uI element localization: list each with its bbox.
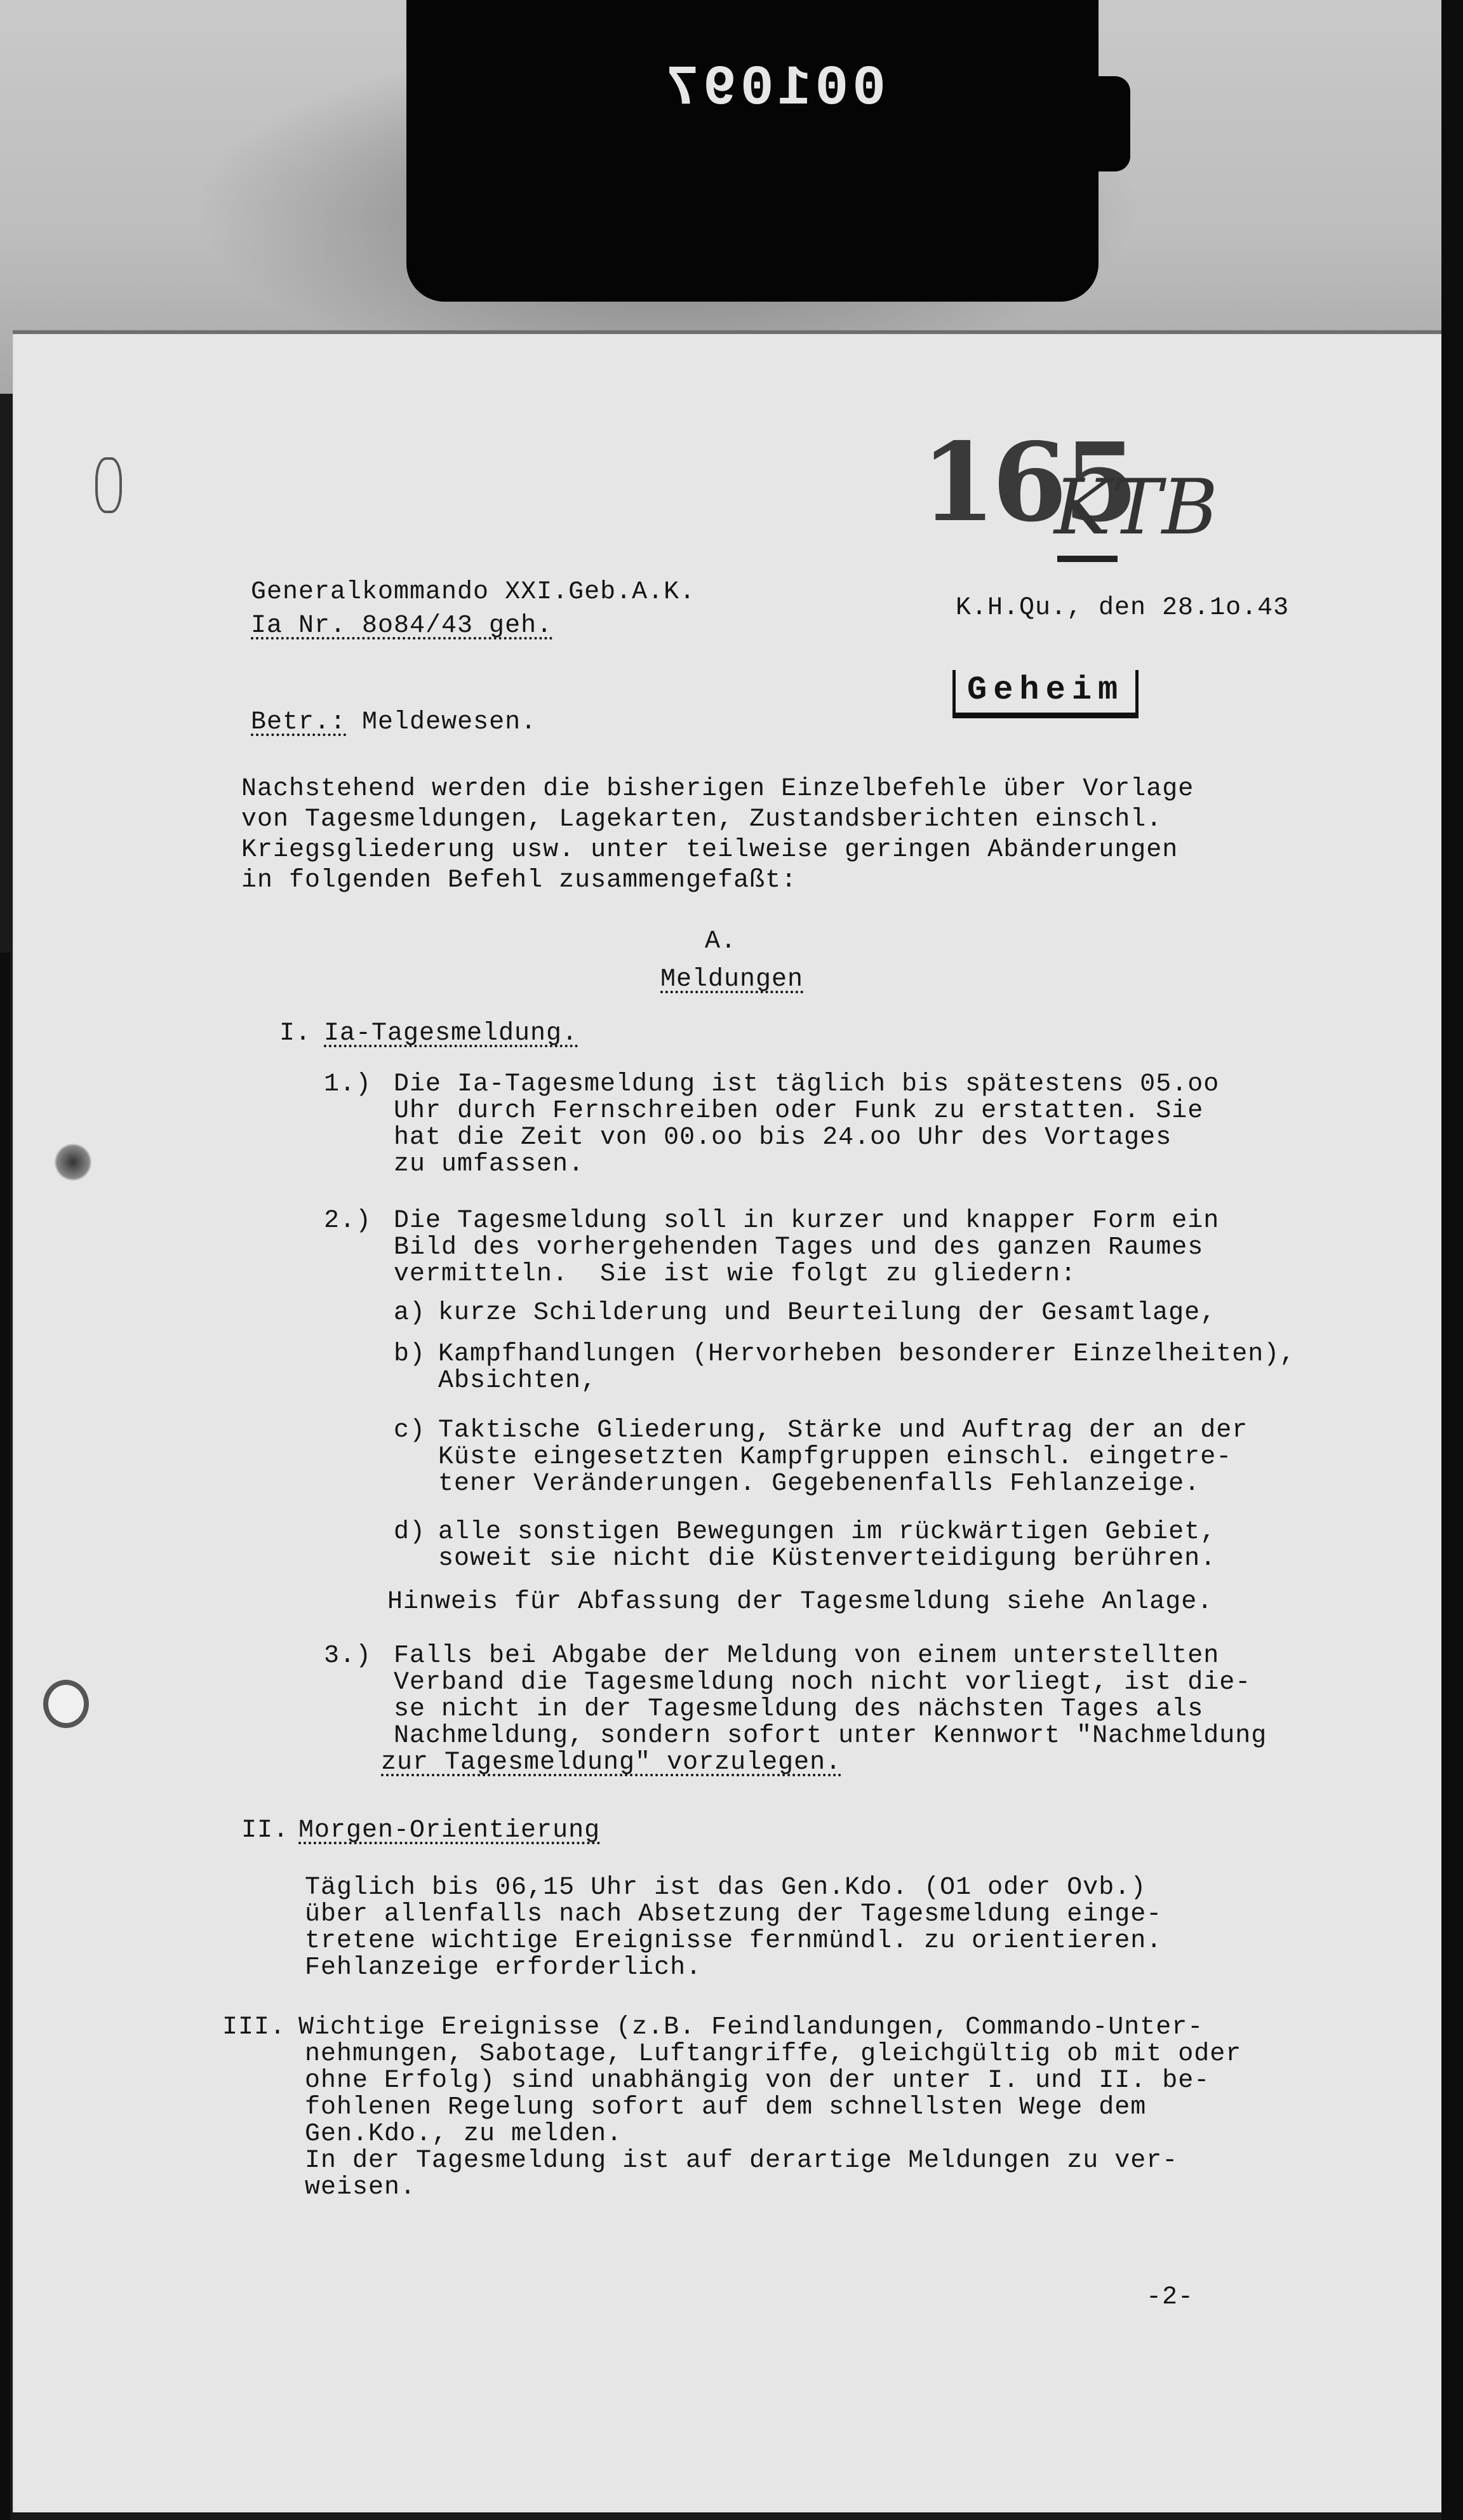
section-line: Fehlanzeige erforderlich. — [305, 1950, 702, 1986]
item-line: vermitteln. Sie ist wie folgt zu glieder… — [394, 1257, 1076, 1292]
punch-hole-icon — [95, 457, 122, 513]
subitem-line: Absichten, — [438, 1364, 597, 1399]
part-title: Meldungen — [660, 962, 803, 998]
section-title: Morgen-Orientierung — [298, 1813, 600, 1849]
section-numeral: II. — [241, 1813, 289, 1849]
intro-line: in folgenden Befehl zusammengefaßt: — [241, 863, 797, 899]
subitem-label: c) — [394, 1413, 425, 1449]
part-label: A. — [705, 924, 737, 960]
scan-edge-left — [0, 953, 10, 2520]
subject-line: Betr.: Meldewesen. — [251, 705, 537, 741]
numbering-clip — [406, 0, 1099, 302]
item-note: Hinweis für Abfassung der Tagesmeldung s… — [387, 1585, 1213, 1620]
section-line: weisen. — [305, 2170, 416, 2206]
subitem-line: kurze Schilderung und Beurteilung der Ge… — [438, 1296, 1216, 1331]
subject-label: Betr.: — [251, 708, 346, 737]
subject-text: Meldewesen. — [362, 708, 537, 737]
item-line: zu umfassen. — [394, 1147, 584, 1183]
section-numeral: I. — [279, 1016, 311, 1052]
item-label: 2.) — [324, 1203, 371, 1239]
file-stamp-handwritten: KTB — [1054, 464, 1218, 552]
place-date: K.H.Qu., den 28.1o.43 — [956, 591, 1289, 626]
page-number: -2- — [1146, 2280, 1194, 2316]
subitem-label: b) — [394, 1337, 425, 1372]
scan-edge-right — [1441, 0, 1463, 2520]
item-label: 1.) — [324, 1067, 371, 1102]
section-line: In der Tagesmeldung ist auf derartige Me… — [305, 2143, 1178, 2179]
section-numeral: III. — [222, 2010, 286, 2046]
sender-line-1: Generalkommando XXI.Geb.A.K. — [251, 575, 695, 610]
item-label: 3.) — [324, 1639, 371, 1674]
section-title: Ia-Tagesmeldung. — [324, 1016, 578, 1052]
subitem-label: a) — [394, 1296, 425, 1331]
punch-hole-icon — [54, 1143, 92, 1181]
sender-line-2: Ia Nr. 8o84/43 geh. — [251, 608, 552, 644]
numbering-clip-tab — [1079, 76, 1130, 171]
punch-hole-icon — [43, 1680, 89, 1728]
item-line: zur Tagesmeldung" vorzulegen. — [381, 1745, 841, 1781]
classification-stamp: Geheim — [952, 670, 1139, 718]
archive-counter: 001097 — [556, 51, 886, 127]
stamp-bar — [1057, 556, 1118, 562]
subitem-label: d) — [394, 1515, 425, 1550]
subitem-line: soweit sie nicht die Küstenverteidigung … — [438, 1541, 1216, 1577]
subitem-line: tener Veränderungen. Gegebenenfalls Fehl… — [438, 1466, 1200, 1502]
